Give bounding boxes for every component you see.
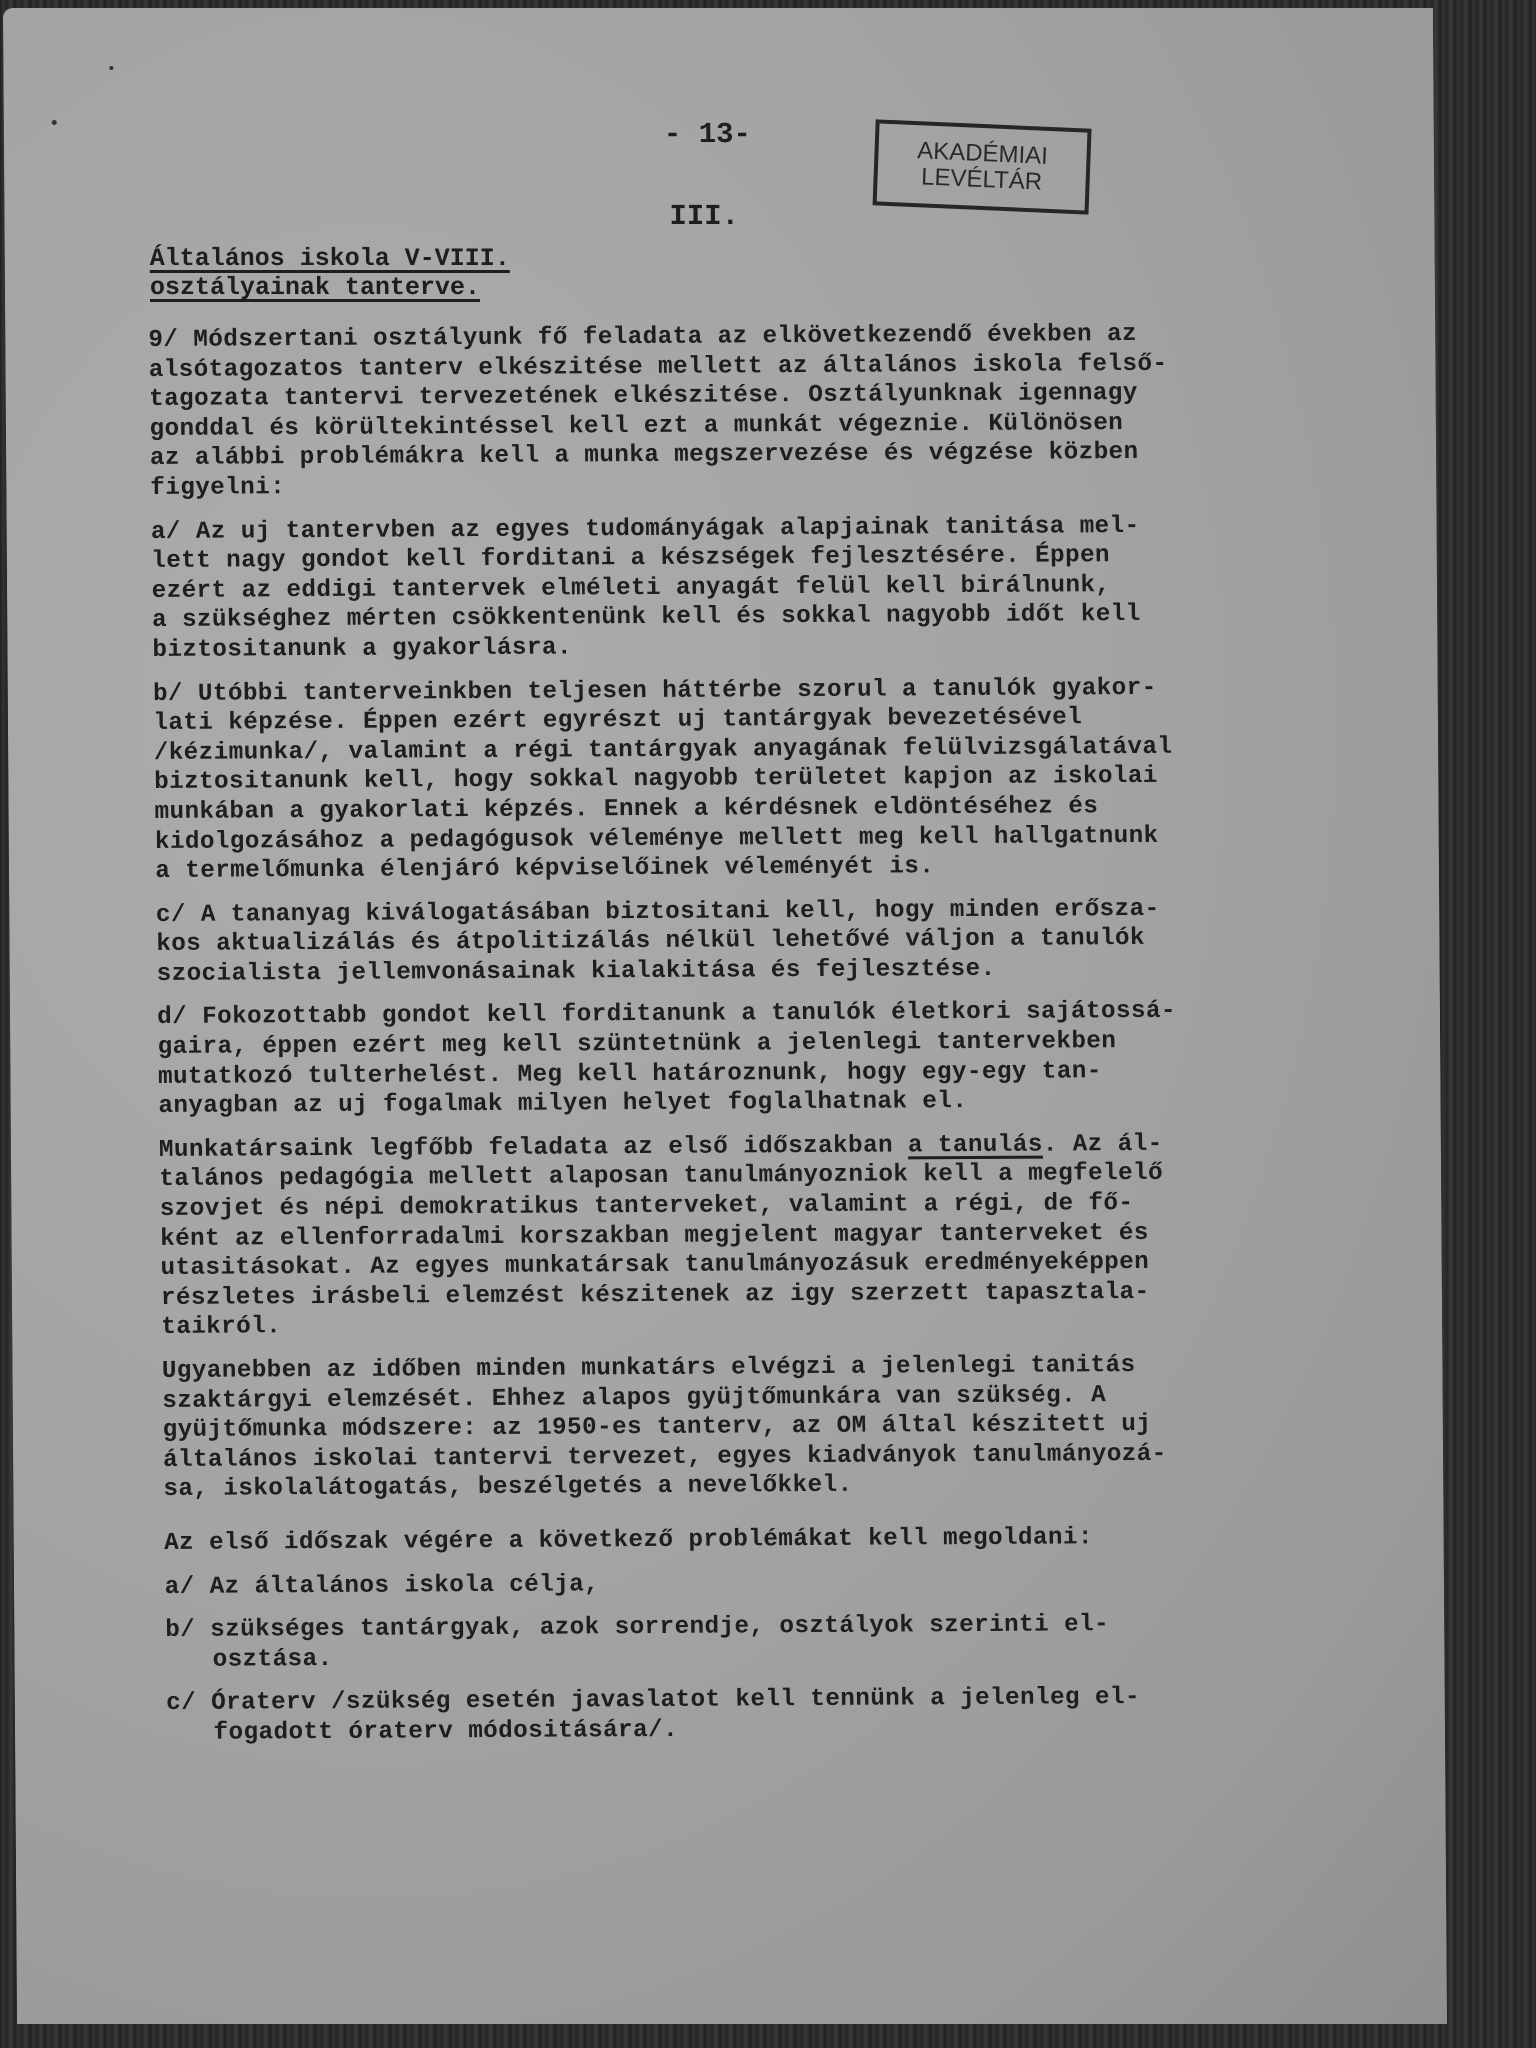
section-number: III.: [669, 200, 739, 233]
underlined-phrase: a tanulás: [908, 1131, 1043, 1159]
paragraph: Ugyanebben az időben minden munkatárs el…: [162, 1349, 1424, 1505]
problem-list-item: b/ szükséges tantárgyak, azok sorrendje,…: [165, 1608, 1426, 1675]
title-line-2: osztályainak tanterve.: [150, 273, 510, 302]
text-line: sa, iskolalátogatás, beszélgetés a nevel…: [163, 1468, 1423, 1505]
title-line-1: Általános iskola V-VIII.: [150, 244, 510, 273]
text-line: biztositanunk a gyakorlásra.: [152, 628, 1412, 665]
paragraph: Munkatársaink legfőbb feladata az első i…: [159, 1128, 1422, 1343]
text-line: Az első időszak végére a következő probl…: [164, 1521, 1424, 1558]
paper-speck: [52, 120, 57, 125]
text-line: a/ Az általános iskola célja,: [165, 1565, 1425, 1602]
paragraph: d/ Fokozottabb gondot kell forditanunk a…: [157, 996, 1418, 1122]
text-line: a termelőmunka élenjáró képviselőinek vé…: [155, 849, 1415, 886]
page-number: - 13-: [664, 118, 751, 151]
document-body: 9/ Módszertani osztályunk fő feladata az…: [148, 318, 1427, 1762]
paragraph: b/ Utóbbi tanterveinkben teljesen háttér…: [153, 672, 1416, 887]
document-page: - 13- AKADÉMIAI LEVÉLTÁR III. Általános …: [3, 8, 1447, 2024]
paragraph: 9/ Módszertani osztályunk fő feladata az…: [148, 318, 1410, 503]
stamp-line-2: LEVÉLTÁR: [921, 164, 1043, 195]
paragraph: c/ A tananyag kiválogatásában biztositan…: [156, 893, 1417, 989]
paragraph: a/ Az uj tantervben az egyes tudományága…: [151, 510, 1413, 666]
paragraph: Az első időszak végére a következő probl…: [164, 1521, 1424, 1558]
document-title: Általános iskola V-VIII. osztályainak ta…: [150, 244, 510, 302]
text-line: anyagban az uj fogalmak milyen helyet fo…: [158, 1085, 1418, 1122]
archive-stamp: AKADÉMIAI LEVÉLTÁR: [873, 119, 1092, 214]
problem-list-item: a/ Az általános iskola célja,: [165, 1565, 1425, 1602]
problem-list-item: c/ Óraterv /szükség esetén javaslatot ke…: [166, 1682, 1427, 1749]
paper-speck: [109, 66, 113, 70]
